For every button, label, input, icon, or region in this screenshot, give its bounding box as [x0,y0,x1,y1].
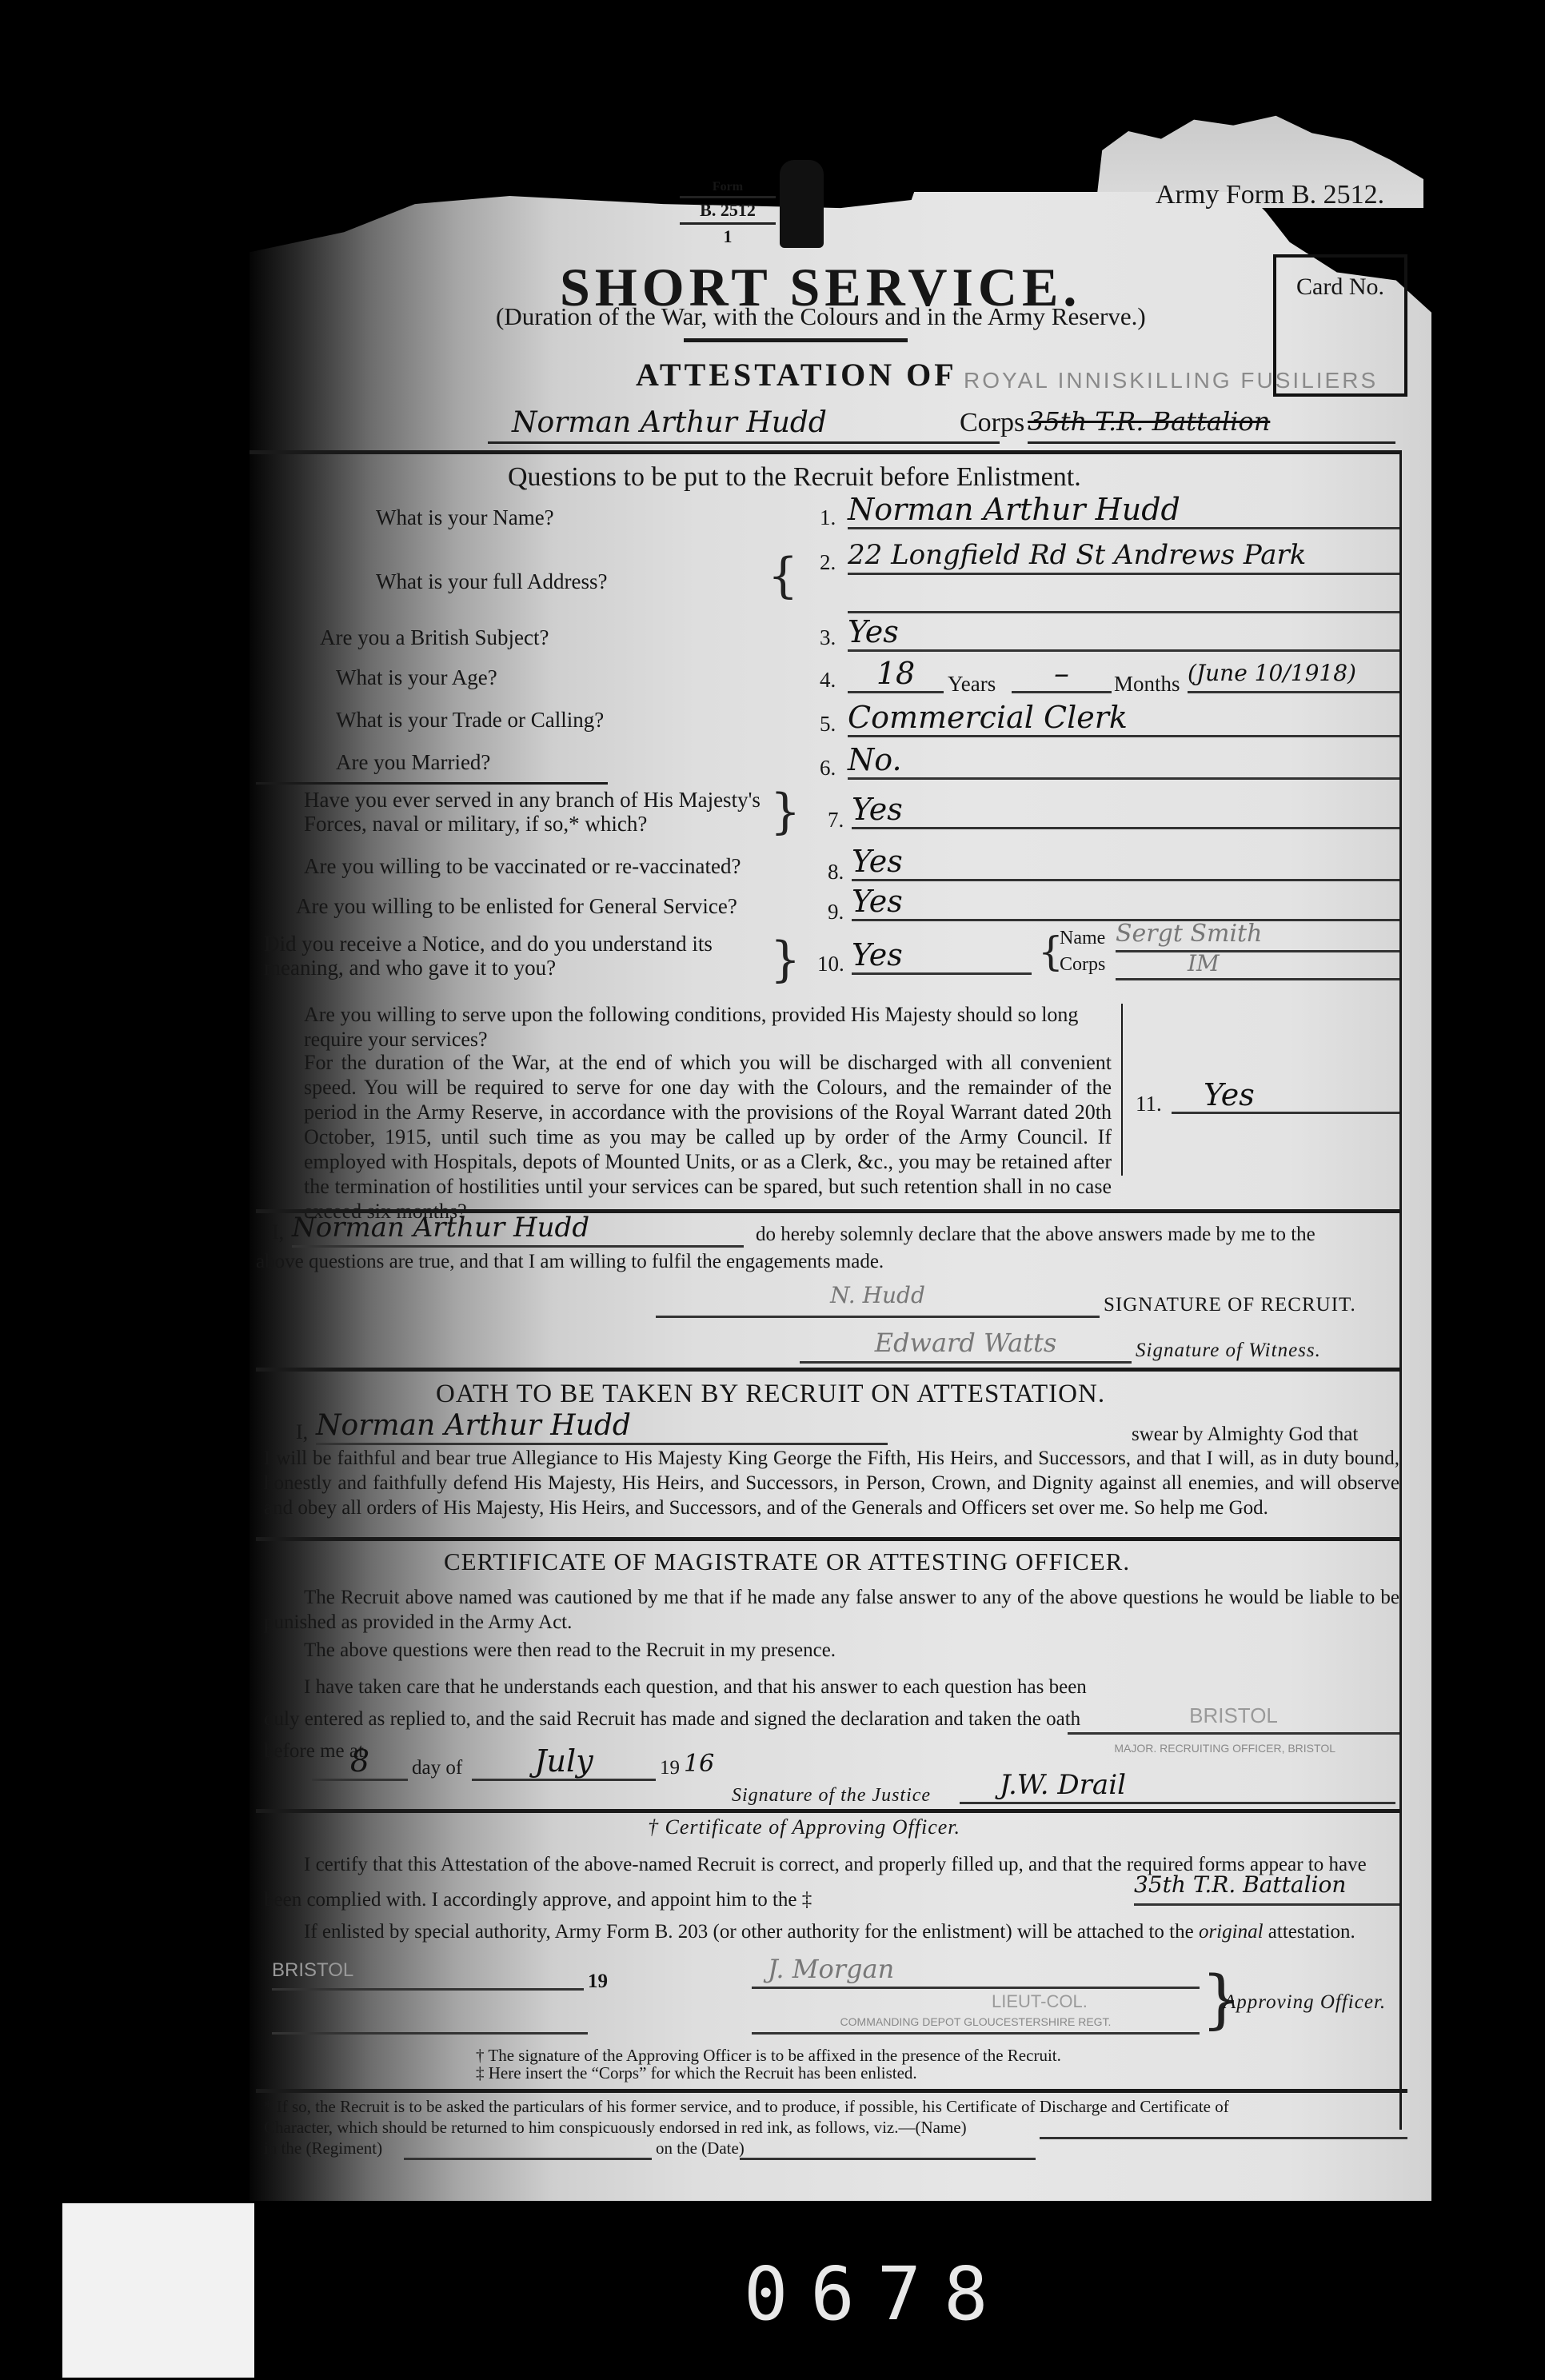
question-9-label: Are you willing to be enlisted for Gener… [296,894,737,919]
title-rule [684,338,908,342]
question-1-label: What is your Name? [376,505,554,530]
declaration-name-field[interactable]: Norman Arthur Hudd [292,1212,744,1248]
question-divider [256,782,608,785]
notice-name-field[interactable]: Sergt Smith [1116,920,1399,952]
oath-prefix: I, [296,1420,308,1444]
answer-4-months-field[interactable]: – [1012,656,1112,693]
question-3-label: Are you a British Subject? [320,625,549,650]
justice-stamp: MAJOR. RECRUITING OFFICER, BRISTOL [1096,1742,1335,1755]
answer-8-field[interactable]: Yes [852,844,1399,881]
oath-name-field[interactable]: Norman Arthur Hudd [316,1409,888,1445]
questions-heading: Questions to be put to the Recruit befor… [508,462,1081,493]
attestation-year-prefix: 19 [660,1755,680,1780]
justice-signature-field[interactable]: J.W. Drail [960,1769,1395,1804]
declaration-text-1: do hereby solemnly declare that the abov… [756,1222,1315,1247]
question-4-label: What is your Age? [336,665,497,690]
attestation-year-suffix[interactable]: 16 [684,1750,714,1778]
footnote-date-label: on the (Date) [656,2138,745,2158]
approving-date-line[interactable] [272,2003,588,2035]
form-reference: Form B. 2512 1 [680,180,776,247]
form-ref-sub: 1 [680,226,776,247]
approving-heading: † Certificate of Approving Officer. [648,1815,960,1839]
answer-11-field[interactable]: Yes [1172,1076,1399,1114]
day-of-label: day of [412,1755,462,1780]
film-frame-number: 0678 [744,2251,1011,2337]
form-right-border [1399,450,1402,2130]
witness-signature-field[interactable]: Edward Watts [800,1328,1132,1364]
months-label: Months [1114,672,1180,697]
approving-para-2-original: original [1199,1921,1264,1943]
attestation-place-field[interactable]: BRISTOL [1068,1703,1399,1735]
notice-corps-label: Corps [1060,954,1105,976]
officer-unit-stamp: COMMANDING DEPOT GLOUCESTERSHIRE REGT. [752,2003,1200,2035]
form-ref-top: Form [680,180,776,194]
approving-note-1: † The signature of the Approving Officer… [476,2046,1061,2065]
answer-3-field[interactable]: Yes [848,614,1399,652]
former-service-regiment-field[interactable] [404,2140,652,2160]
notice-corps-field[interactable]: IM [1116,950,1399,980]
corps-label: Corps [960,408,1024,438]
form-ref-number: B. 2512 [680,200,776,221]
section-rule [256,1368,1401,1372]
magistrate-para-1: The Recruit above named was cautioned by… [264,1585,1399,1635]
section-rule [250,450,1401,454]
question-5-label: What is your Trade or Calling? [336,708,604,733]
card-number-label: Card No. [1276,274,1404,301]
recruit-signature-label: SIGNATURE OF RECRUIT. [1104,1294,1356,1316]
approving-para-2-text: If enlisted by special authority, Army F… [304,1921,1194,1943]
oath-body: I will be faithful and bear true Allegia… [264,1446,1399,1520]
attestation-heading: ATTESTATION OF [636,356,957,393]
question-7-label: Have you ever served in any branch of Hi… [304,788,776,836]
film-calibration-patch [62,2203,254,2378]
recruit-signature-field[interactable]: N. Hudd [656,1282,1100,1318]
answer-5-field[interactable]: Commercial Clerk [848,700,1399,737]
question-10-label: Did you receive a Notice, and do you und… [264,932,776,980]
question-1-number: 1. [820,505,836,530]
form-subtitle: (Duration of the War, with the Colours a… [496,302,1146,331]
oath-heading: OATH TO BE TAKEN BY RECRUIT ON ATTESTATI… [436,1380,1105,1409]
oath-swear-text: swear by Almighty God that [1132,1422,1358,1447]
answer-2-field[interactable]: 22 Longfield Rd St Andrews Park [848,537,1399,575]
magistrate-para-2: The above questions were then read to th… [264,1638,1399,1663]
approving-para-2-end: attestation. [1268,1921,1355,1943]
answer-6-field[interactable]: No. [848,742,1399,780]
years-label: Years [948,672,996,697]
answer-7-field[interactable]: Yes [852,792,1399,829]
answer-10-field[interactable]: Yes [852,937,1032,975]
approving-para-2: If enlisted by special authority, Army F… [264,1919,1399,1944]
question-9-number: 9. [828,900,844,924]
approving-unit-field[interactable]: 35th T.R. Battalion [1134,1871,1399,1906]
question-4-number: 4. [820,668,836,693]
brace-icon: } [770,936,800,984]
section-rule [256,1537,1401,1541]
question-3-number: 3. [820,625,836,650]
question-10-number: 10. [817,952,844,976]
brace-icon: { [768,552,798,600]
approving-note-2: ‡ Here insert the “Corps” for which the … [476,2063,917,2082]
brace-icon: } [770,788,800,836]
recruit-name-field[interactable]: Norman Arthur Hudd [488,406,1000,444]
answer-4-years-field[interactable]: 18 [848,656,944,693]
answer-2-line2[interactable] [848,576,1399,613]
question-7-number: 7. [828,808,844,833]
question-2-number: 2. [820,550,836,575]
question-8-number: 8. [828,860,844,885]
regiment-stamp: ROYAL INNISKILLING FUSILIERS [964,368,1378,393]
attestation-month-field[interactable]: July [472,1743,656,1781]
answer-9-field[interactable]: Yes [852,884,1399,921]
question-11-conditions: For the duration of the War, at the end … [304,1050,1112,1224]
answer-1-field[interactable]: Norman Arthur Hudd [848,492,1399,529]
question-2-label: What is your full Address? [376,569,607,594]
declaration-prefix: I, [272,1220,284,1244]
attestation-day-field[interactable]: 8 [312,1743,408,1781]
corps-field[interactable]: 35th T.R. Battalion [1028,406,1395,444]
question-6-label: Are you Married? [336,750,490,775]
question-8-label: Are you willing to be vaccinated or re-v… [304,854,741,879]
footnote-regiment-label: in the (Regiment) [264,2138,382,2158]
q11-bracket [1121,1004,1123,1176]
footnote-line-2: Character, which should be returned to h… [264,2118,967,2137]
approving-place-field[interactable]: BRISTOL [272,1959,584,1991]
footnote-line-1: * If so, the Recruit is to be asked the … [264,2097,1407,2116]
former-service-date-field[interactable] [740,2140,1036,2160]
answer-4-note[interactable]: (June 10/1918) [1188,656,1399,693]
declaration-text-2: above questions are true, and that I am … [256,1249,884,1274]
army-form-label: Army Form B. 2512. [1156,180,1384,210]
magistrate-heading: CERTIFICATE OF MAGISTRATE OR ATTESTING O… [444,1547,1130,1576]
witness-signature-label: Signature of Witness. [1136,1340,1321,1362]
question-6-number: 6. [820,756,836,781]
former-service-name-field[interactable] [1040,2119,1407,2139]
question-11-label: Are you willing to serve upon the follow… [304,1002,1112,1052]
notice-name-label: Name [1060,928,1105,949]
royal-crest-icon [780,160,824,248]
question-11-number: 11. [1136,1092,1162,1116]
section-rule [256,1809,1401,1813]
approving-officer-label: Approving Officer. [1224,1991,1386,2014]
section-rule [256,2089,1407,2093]
approving-officer-signature-field[interactable]: J. Morgan [752,1954,1200,1989]
approving-year-label: 19 [588,1969,608,1994]
justice-signature-label: Signature of the Justice [732,1785,931,1807]
question-5-number: 5. [820,712,836,737]
